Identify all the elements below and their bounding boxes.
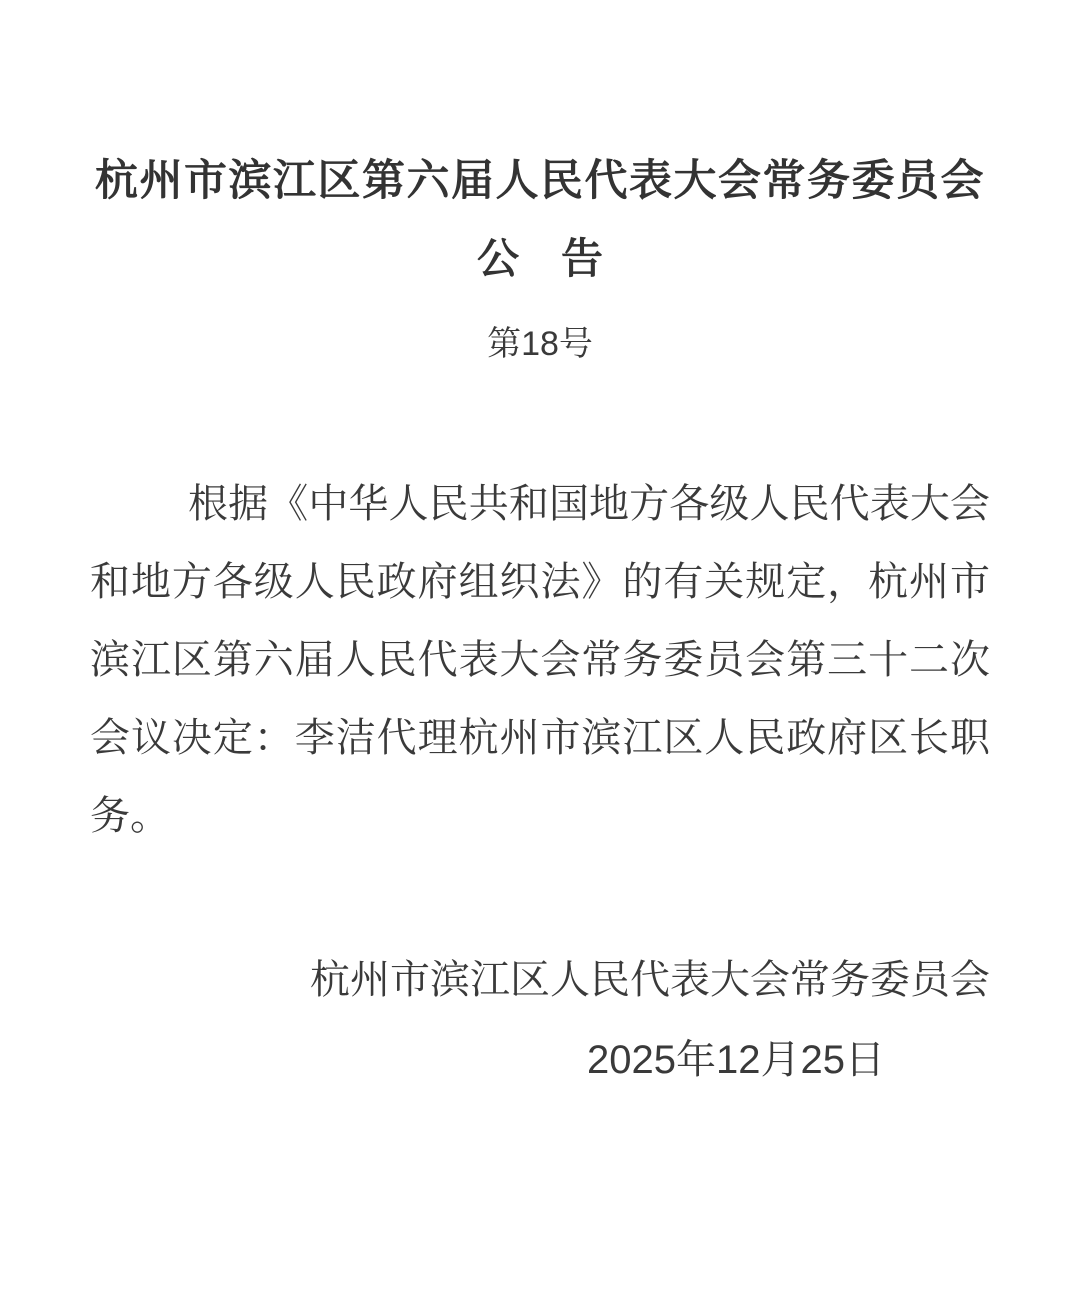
signature-date: 2025年12月25日 xyxy=(90,1020,990,1100)
body-line: 根据《中华人民共和国地方各级人民代表大会 xyxy=(90,465,990,543)
document-subtitle: 公 告 xyxy=(90,234,990,284)
document-number: 第18号 xyxy=(90,324,990,365)
announcement-document: 杭州市滨江区第六届人民代表大会常务委员会 公 告 第18号 根据《中华人民共和国… xyxy=(0,0,1080,1306)
signature-block: 杭州市滨江区人民代表大会常务委员会 2025年12月25日 xyxy=(90,940,990,1100)
body-line: 滨江区第六届人民代表大会常务委员会第三十二次 xyxy=(90,621,990,699)
body-line: 会议决定：李洁代理杭州市滨江区人民政府区长职 xyxy=(90,699,990,777)
signature-org: 杭州市滨江区人民代表大会常务委员会 xyxy=(90,940,990,1020)
body-line: 务。 xyxy=(90,777,990,855)
document-body: 根据《中华人民共和国地方各级人民代表大会 和地方各级人民政府组织法》的有关规定，… xyxy=(90,465,990,855)
body-line: 和地方各级人民政府组织法》的有关规定，杭州市 xyxy=(90,543,990,621)
document-title: 杭州市滨江区第六届人民代表大会常务委员会 xyxy=(90,156,990,208)
